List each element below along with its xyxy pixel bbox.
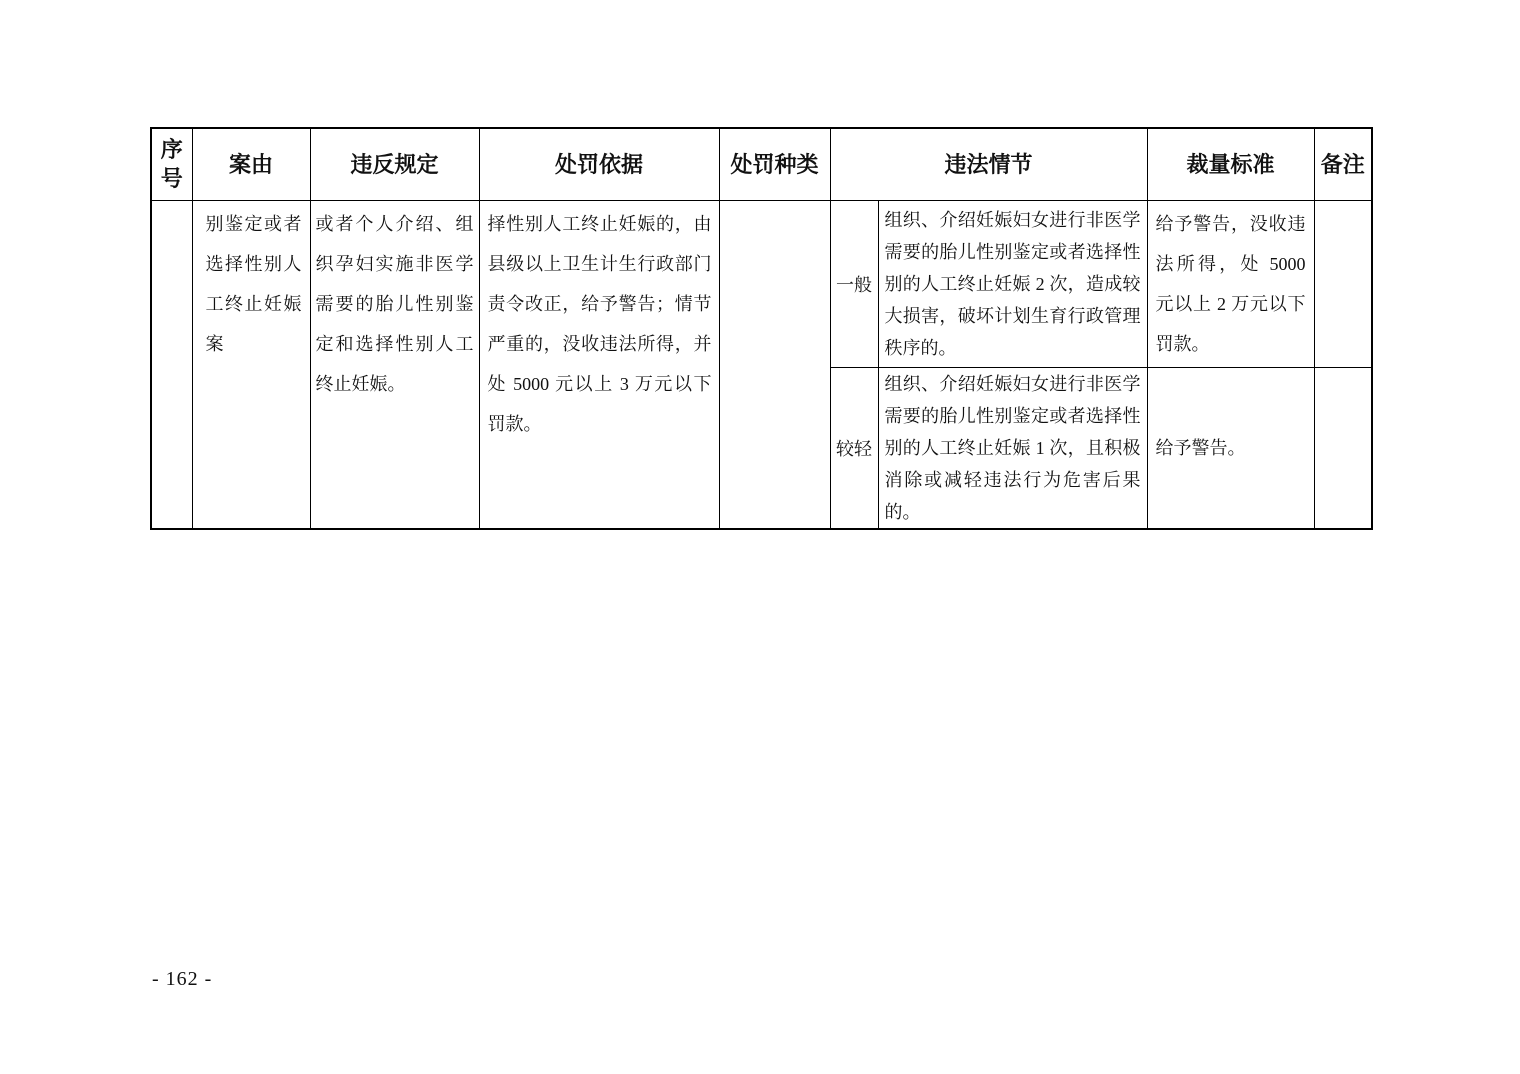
page-number: - 162 - [152, 968, 212, 991]
header-cause: 案由 [192, 128, 310, 200]
header-circumstances: 违法情节 [830, 128, 1147, 200]
cell-circumstance-general: 组织、介绍妊娠妇女进行非医学需要的胎儿性别鉴定或者选择性别的人工终止妊娠 2 次… [878, 200, 1147, 367]
cell-remarks-minor [1314, 367, 1372, 529]
header-discretion-standard: 裁量标准 [1147, 128, 1314, 200]
cell-serial [151, 200, 192, 529]
table-row-general: 别鉴定或者选择性别人工终止妊娠案 或者个人介绍、组织孕妇实施非医学需要的胎儿性别… [151, 200, 1372, 367]
header-serial: 序号 [151, 128, 192, 200]
cell-severity-general: 一般 [830, 200, 878, 367]
document-page: 序号 案由 违反规定 处罚依据 处罚种类 违法情节 裁量标准 备注 别鉴定或者选… [0, 0, 1520, 1074]
cell-standard-general: 给予警告，没收违法所得，处 5000 元以上 2 万元以下罚款。 [1147, 200, 1314, 367]
table-header-row: 序号 案由 违反规定 处罚依据 处罚种类 违法情节 裁量标准 备注 [151, 128, 1372, 200]
cell-standard-minor: 给予警告。 [1147, 367, 1314, 529]
header-violation: 违反规定 [310, 128, 479, 200]
penalty-discretion-table: 序号 案由 违反规定 处罚依据 处罚种类 违法情节 裁量标准 备注 别鉴定或者选… [150, 127, 1373, 530]
cell-cause: 别鉴定或者选择性别人工终止妊娠案 [192, 200, 310, 529]
header-penalty-type: 处罚种类 [719, 128, 830, 200]
header-remarks: 备注 [1314, 128, 1372, 200]
cell-remarks-general [1314, 200, 1372, 367]
cell-severity-minor: 较轻 [830, 367, 878, 529]
cell-penalty-basis: 择性别人工终止妊娠的，由县级以上卫生计生行政部门责令改正，给予警告；情节严重的，… [479, 200, 719, 529]
cell-penalty-type [719, 200, 830, 529]
cell-circumstance-minor: 组织、介绍妊娠妇女进行非医学需要的胎儿性别鉴定或者选择性别的人工终止妊娠 1 次… [878, 367, 1147, 529]
header-penalty-basis: 处罚依据 [479, 128, 719, 200]
cell-violation: 或者个人介绍、组织孕妇实施非医学需要的胎儿性别鉴定和选择性别人工终止妊娠。 [310, 200, 479, 529]
